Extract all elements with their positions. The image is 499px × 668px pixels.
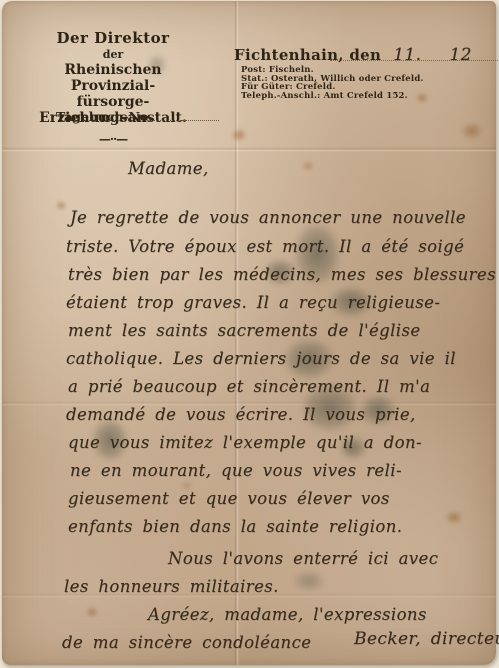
diary-number-label: Tagebuch-No. [56,109,153,124]
ink-stain [294,571,324,591]
body-line: ment les saints sacrements de l'église [68,321,421,340]
body-line: catholique. Les derniers jours de sa vie… [66,349,456,368]
letterhead-divider-ornament: —··— [26,132,200,146]
body-line: très bien par les médecins, mes ses bles… [68,265,496,284]
paper-sheet: Der Direktor der Rheinischen Provinzial-… [2,1,496,665]
body-line: Nous l'avons enterré ici avec [168,549,438,568]
salutation: Madame, [128,159,209,178]
foxing-spot [232,129,246,141]
foxing-spot [56,201,66,210]
body-line: demandé de vous écrire. Il vous prie, [66,405,416,424]
address-info-line: Teleph.-Anschl.: Amt Crefeld 152. [241,93,424,101]
body-line: étaient trop graves. Il a reçu religieus… [66,293,440,312]
address-info-block: Post: Fischeln. Stat.: Osterath, Willich… [241,67,424,101]
body-line: triste. Votre époux est mort. Il a été s… [66,237,464,256]
letterhead: Der Direktor der Rheinischen Provinzial-… [26,29,200,146]
body-line: a prié beaucoup et sincèrement. Il m'a [68,377,430,396]
foxing-spot [462,123,482,139]
body-line: que vous imitez l'exemple qu'il a don- [68,433,422,452]
date-dotted-line [330,59,499,61]
date-month-handwritten: 12 [449,45,471,65]
foxing-spot [302,161,314,171]
body-line: les honneurs militaires. [64,577,279,596]
foxing-spot [86,607,98,617]
diary-number-field: Tagebuch-No. [56,109,219,124]
closing-line: de ma sincère condoléance [62,633,311,652]
closing-line: Agréez, madame, l'expressions [148,605,427,624]
dateline: Fichtenhain, den 11. 12 1914 [234,45,499,65]
date-day-handwritten: 11. [393,45,421,65]
body-line: gieusement et que vous élever vos [68,489,390,508]
body-line: enfants bien dans la sainte religion. [68,517,402,536]
body-line: Je regrette de vous annoncer une nouvell… [70,208,466,227]
foxing-spot [446,511,462,524]
scanned-letter: Der Direktor der Rheinischen Provinzial-… [0,0,499,668]
diary-number-blank-line [153,109,219,121]
letterhead-line-1: Der Direktor [26,29,200,47]
letterhead-line-2: der [26,48,200,61]
body-line: ne en mourant, que vous vives reli- [70,461,402,480]
horizontal-fold-crease [2,147,496,152]
letterhead-line-3: Rheinischen Provinzial- [26,62,200,94]
dateline-place-label: Fichtenhain, den [234,46,381,64]
signature: Becker, directeur. [354,629,499,649]
